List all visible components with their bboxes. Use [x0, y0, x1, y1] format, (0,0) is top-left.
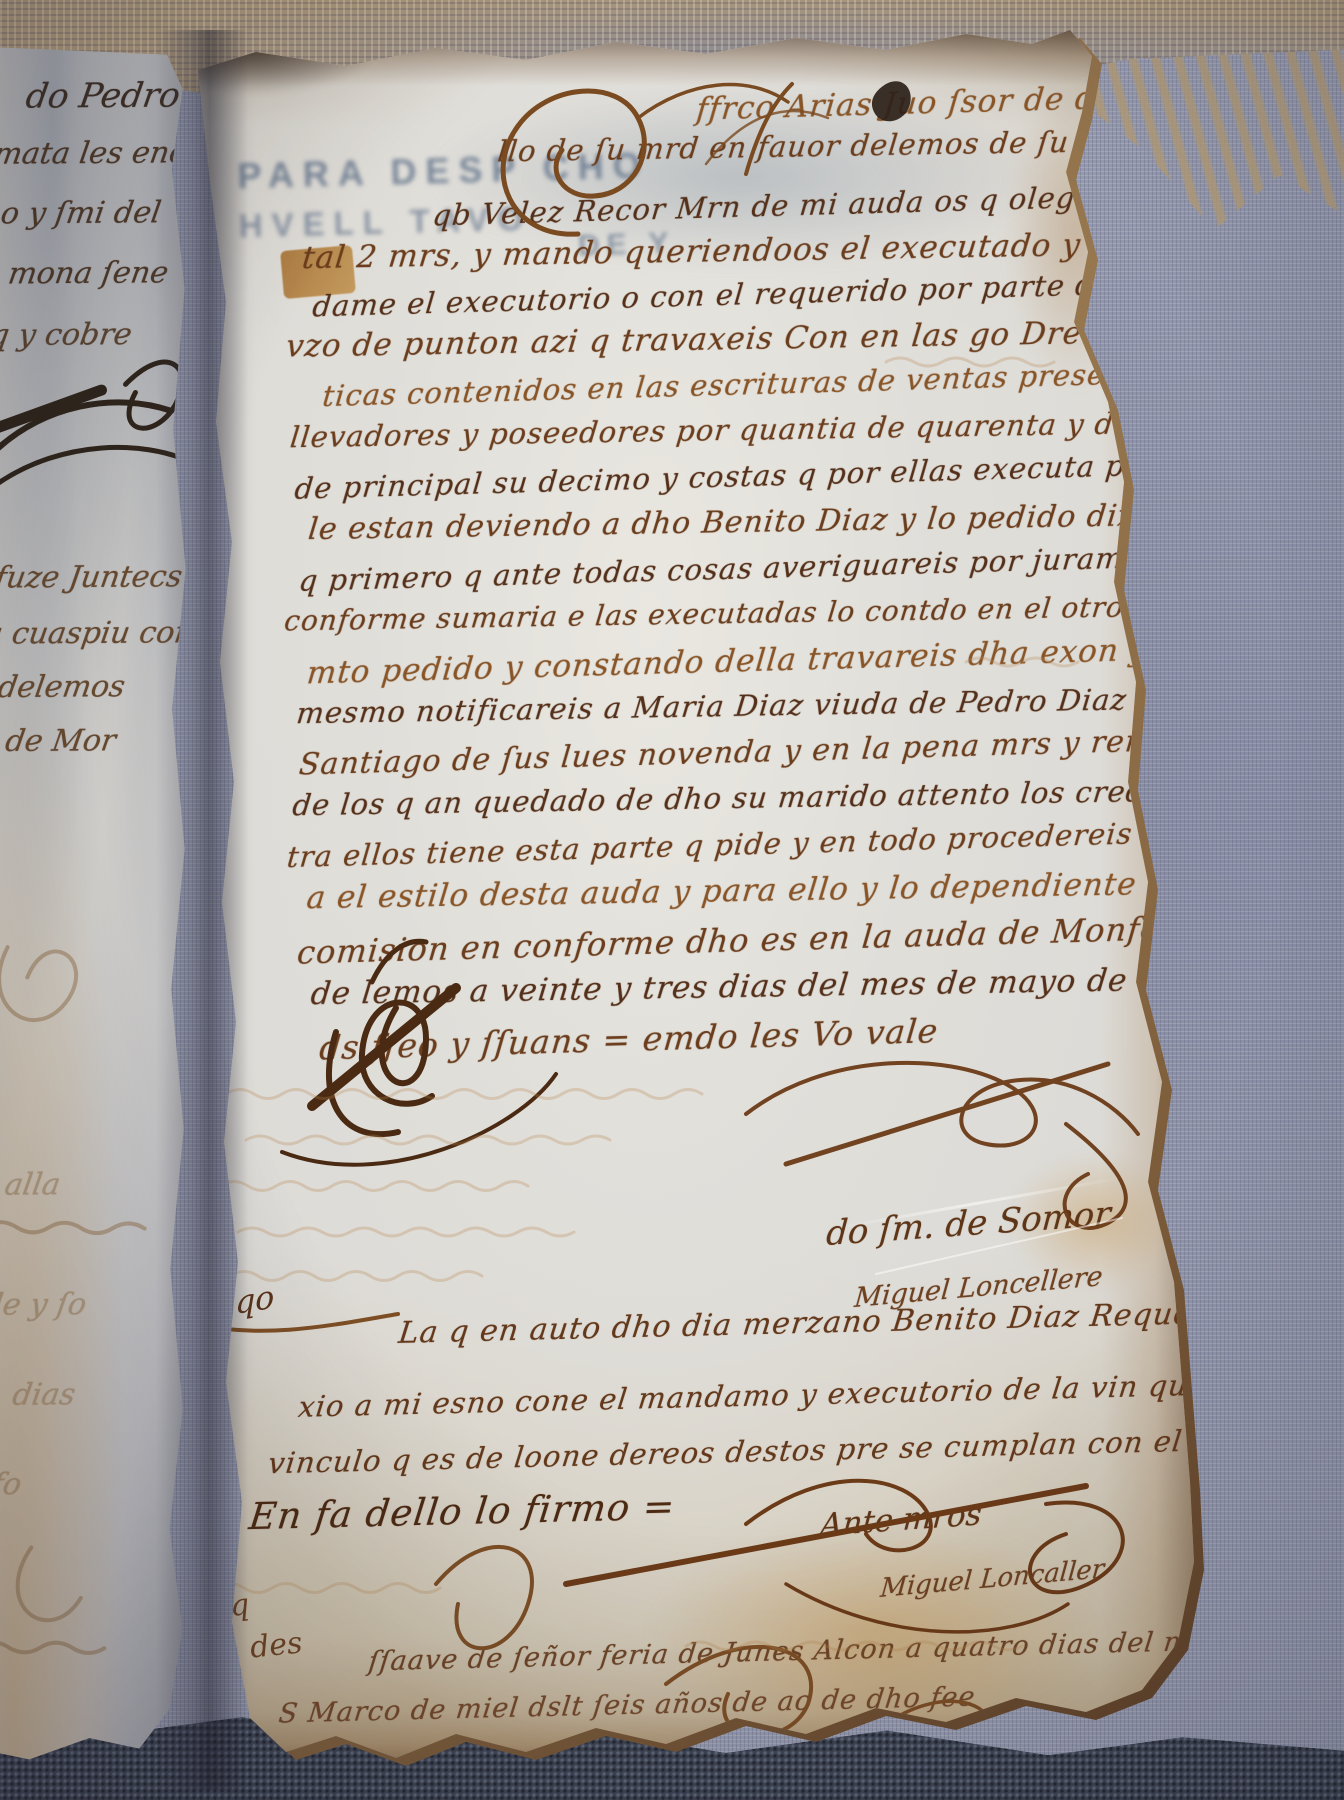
- left-page-flourishes: [0, 47, 209, 1777]
- ink-flourishes: [186, 22, 1196, 1782]
- manuscript-page: PARA DESP CHO HVELL TAVO DE Y ffrco Aria…: [186, 22, 1196, 1782]
- notary-rubric: [282, 941, 556, 1164]
- dn-flourish: [503, 84, 828, 234]
- bleedthrough-lines: [216, 358, 1078, 1650]
- left-page: do Pedro mata les ener o y ſmi del mona …: [0, 47, 209, 1777]
- photo-scene: do Pedro mata les ener o y ſmi del mona …: [0, 0, 1344, 1800]
- signature-rubric: [566, 1481, 1123, 1632]
- paper-crack: [876, 1218, 1122, 1274]
- signature-rubric: [746, 1063, 1138, 1228]
- ink-blot: [872, 81, 911, 121]
